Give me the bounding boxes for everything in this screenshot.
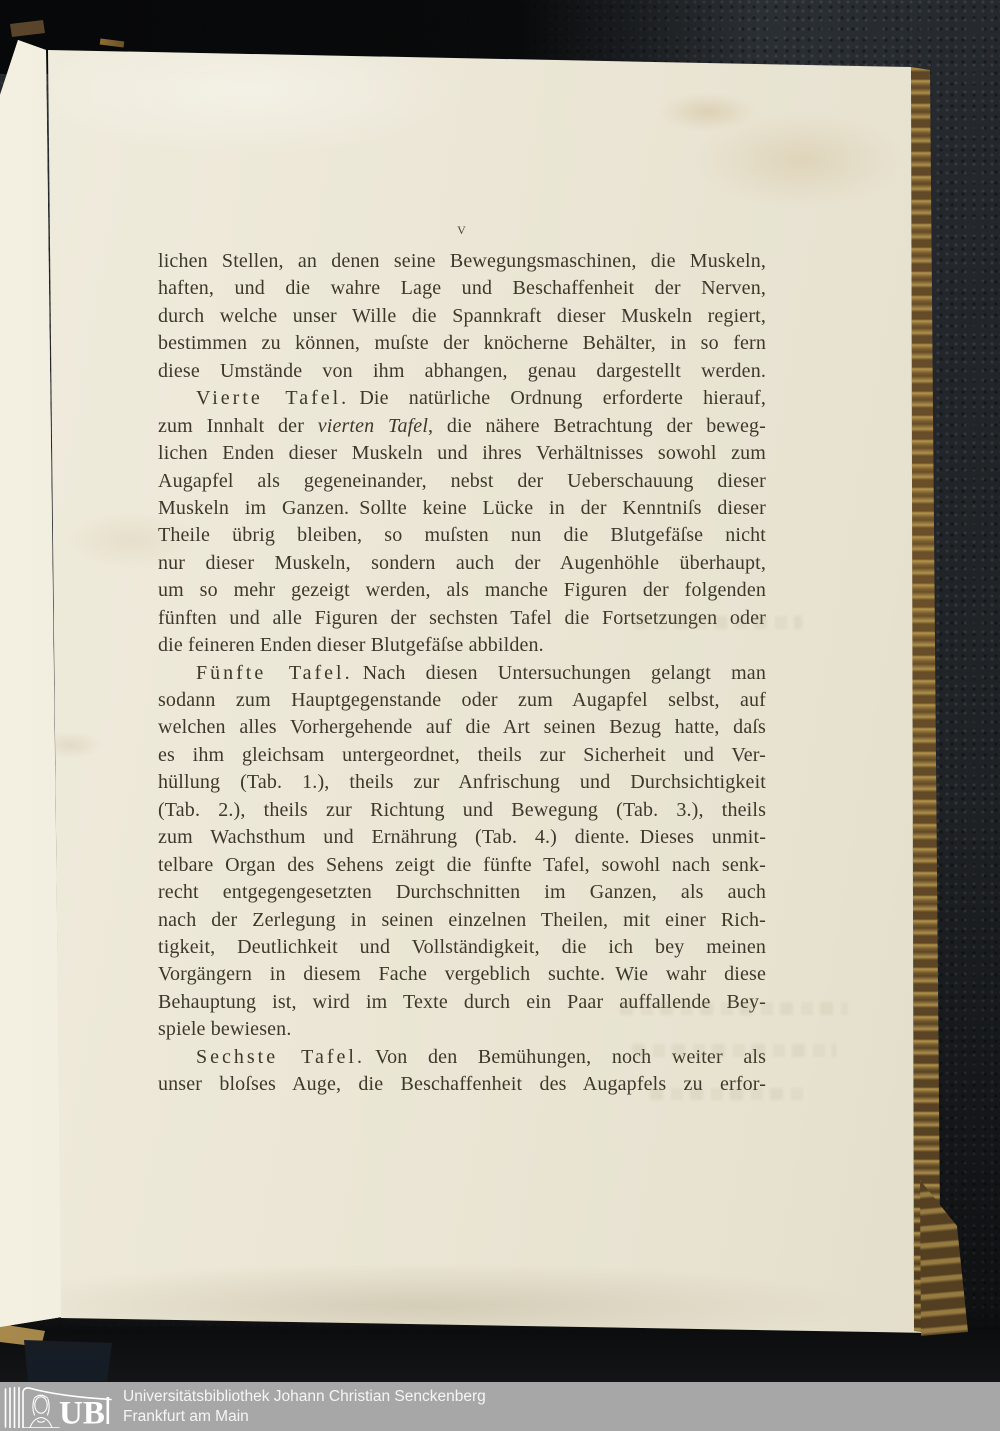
text-segment: Theile übrig bleiben, so muſsten nun die… (158, 524, 766, 546)
text-line: durch welche unser Wille die Spannkraft … (158, 303, 766, 330)
text-line: zum Innhalt der vierten Tafel, die näher… (158, 413, 766, 440)
text-line: bestimmen zu können, muſste der knöchern… (158, 330, 766, 357)
library-caption: Universitätsbibliothek Johann Christian … (123, 1387, 486, 1426)
text-segment: telbare Organ des Sehens zeigt die fünft… (158, 854, 766, 876)
text-segment: spiele bewiesen. (158, 1018, 291, 1040)
text-segment: bestimmen zu können, muſste der knöchern… (158, 332, 766, 354)
ink-showthrough (632, 1044, 836, 1057)
text-line: welchen alles Vorhergehende auf die Art … (158, 714, 766, 741)
text-segment: hüllung (Tab. 1.), theils zur Anfrischun… (158, 771, 766, 793)
text-line: lichen Stellen, an denen seine Bewegungs… (158, 248, 766, 275)
text-line: recht entgegengesetzten Durchschnitten i… (158, 879, 766, 906)
text-line: es ihm gleichsam untergeordnet, theils z… (158, 742, 766, 769)
text-line: telbare Organ des Sehens zeigt die fünft… (158, 852, 766, 879)
text-block: lichen Stellen, an denen seine Bewegungs… (158, 248, 766, 1099)
library-name: Universitätsbibliothek Johann Christian … (123, 1387, 486, 1407)
text-line: lichen Enden dieser Muskeln und ihres Ve… (158, 440, 766, 467)
ink-showthrough (650, 1088, 808, 1100)
book-page: v lichen Stellen, an denen seine Bewegun… (0, 0, 1000, 1431)
text-segment: lichen Stellen, an denen seine Bewegungs… (158, 250, 766, 272)
text-segment: tigkeit, Deutlichkeit und Vollständigkei… (158, 936, 766, 958)
logo-senckenberg-portrait-icon (30, 1395, 52, 1428)
text-segment: diese Umstände von ihm abhangen, genau d… (158, 360, 766, 382)
text-segment: durch welche unser Wille die Spannkraft … (158, 305, 766, 327)
text-line: sodann zum Hauptgegenstande oder zum Aug… (158, 687, 766, 714)
text-line: hüllung (Tab. 1.), theils zur Anfrischun… (158, 769, 766, 796)
text-segment: nach der Zerlegung in seinen einzelnen T… (158, 909, 766, 931)
text-segment: Vorgängern in diesem Fache vergeblich su… (158, 963, 766, 985)
text-segment: vierten Tafel (318, 415, 428, 437)
ink-showthrough (620, 1002, 848, 1015)
text-line: diese Umstände von ihm abhangen, genau d… (158, 358, 766, 385)
text-segment: recht entgegengesetzten Durchschnitten i… (158, 881, 766, 903)
text-line: Theile übrig bleiben, so muſsten nun die… (158, 522, 766, 549)
text-line: spiele bewiesen. (158, 1016, 766, 1043)
text-segment: Vierte Tafel. (196, 387, 349, 409)
library-location: Frankfurt am Main (123, 1407, 486, 1427)
text-line: tigkeit, Deutlichkeit und Vollständigkei… (158, 934, 766, 961)
text-line: zum Wachsthum und Ernährung (Tab. 4.) di… (158, 824, 766, 851)
text-segment: Die natürliche Ordnung erforderte hierau… (349, 387, 766, 409)
text-segment: welchen alles Vorhergehende auf die Art … (158, 716, 766, 738)
text-line: um so mehr gezeigt werden, als manche Fi… (158, 577, 766, 604)
text-segment: Sechste Tafel. (196, 1046, 365, 1068)
text-segment: um so mehr gezeigt werden, als manche Fi… (158, 579, 766, 601)
text-segment: lichen Enden dieser Muskeln und ihres Ve… (158, 442, 766, 464)
text-segment: Fünfte Tafel. (196, 662, 353, 684)
text-line: nur dieser Muskeln, sondern auch der Aug… (158, 550, 766, 577)
text-line: Vorgängern in diesem Fache vergeblich su… (158, 961, 766, 988)
text-segment: zum Innhalt der (158, 415, 318, 437)
logo-book-pages-icon (6, 1388, 20, 1429)
text-line: (Tab. 2.), theils zur Richtung und Beweg… (158, 797, 766, 824)
text-segment: haften, und die wahre Lage und Beschaffe… (158, 277, 766, 299)
ink-showthrough (634, 616, 802, 629)
text-line: Augapfel als gegeneinander, nebst der Ue… (158, 468, 766, 495)
logo-divider-bar (107, 1397, 110, 1424)
text-segment: Augapfel als gegeneinander, nebst der Ue… (158, 470, 766, 492)
library-footer-bar: UB Universitätsbibliothek Johann Christi… (0, 1382, 1000, 1431)
text-line: Vierte Tafel. Die natürliche Ordnung erf… (158, 385, 766, 412)
text-segment: , die nähere Betrachtung der beweg- (428, 415, 766, 437)
text-segment: Muskeln im Ganzen. Sollte keine Lücke in… (158, 497, 766, 519)
logo-ub-letters: UB (59, 1396, 105, 1429)
text-line: die feineren Enden dieser Blutgefäſse ab… (158, 632, 766, 659)
text-segment: die feineren Enden dieser Blutgefäſse ab… (158, 634, 544, 656)
text-line: Fünfte Tafel. Nach diesen Untersuchungen… (158, 660, 766, 687)
text-segment: sodann zum Hauptgegenstande oder zum Aug… (158, 689, 766, 711)
text-segment: zum Wachsthum und Ernährung (Tab. 4.) di… (158, 826, 766, 848)
text-segment: (Tab. 2.), theils zur Richtung und Beweg… (158, 799, 766, 821)
text-segment: Nach diesen Untersuchungen gelangt man (353, 662, 766, 684)
page-number: v (158, 219, 766, 239)
text-line: Muskeln im Ganzen. Sollte keine Lücke in… (158, 495, 766, 522)
text-line: haften, und die wahre Lage und Beschaffe… (158, 275, 766, 302)
text-line: nach der Zerlegung in seinen einzelnen T… (158, 907, 766, 934)
text-segment: nur dieser Muskeln, sondern auch der Aug… (158, 552, 766, 574)
ub-library-logo: UB (3, 1385, 113, 1428)
text-segment: es ihm gleichsam untergeordnet, theils z… (158, 744, 766, 766)
